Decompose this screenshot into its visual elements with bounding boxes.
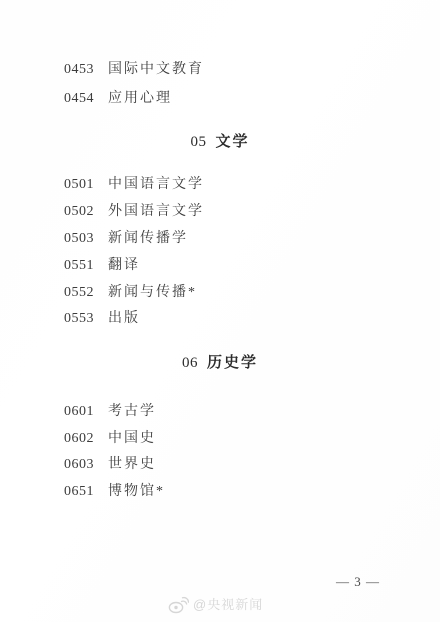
discipline-code: 0553 [64, 311, 108, 326]
document-page: 0453国际中文教育 0454应用心理 05文学 0501中国语言文学 0502… [0, 0, 440, 622]
section-code: 05 [190, 134, 206, 150]
discipline-code: 0551 [64, 258, 108, 273]
discipline-code: 0602 [64, 431, 108, 446]
list-item: 0553出版 [64, 311, 140, 326]
section-name: 历史学 [207, 354, 258, 371]
weibo-icon [168, 596, 189, 614]
list-item: 0552新闻与传播* [64, 285, 197, 300]
watermark-text: @央视新闻 [193, 595, 263, 615]
discipline-name: 应用心理 [108, 91, 172, 106]
discipline-name: 翻译 [108, 258, 140, 273]
discipline-code: 0501 [64, 177, 108, 192]
discipline-name: 新闻传播学 [108, 231, 188, 246]
list-item: 0551翻译 [64, 258, 140, 273]
list-item: 0454应用心理 [64, 91, 172, 106]
list-item: 0603世界史 [64, 457, 156, 472]
section-code: 06 [182, 355, 198, 371]
discipline-name: 国际中文教育 [108, 62, 204, 77]
list-item: 0601考古学 [64, 404, 156, 419]
discipline-code: 0453 [64, 62, 108, 77]
discipline-name: 外国语言文学 [108, 204, 204, 219]
discipline-code: 0503 [64, 231, 108, 246]
watermark: @央视新闻 [168, 595, 263, 615]
discipline-name: 中国语言文学 [108, 177, 204, 192]
list-item: 0453国际中文教育 [64, 62, 204, 77]
page-number: — 3 — [336, 575, 380, 589]
list-item: 0651博物馆* [64, 484, 165, 499]
discipline-code: 0502 [64, 204, 108, 219]
discipline-name: 博物馆* [108, 484, 165, 499]
list-item: 0502外国语言文学 [64, 204, 204, 219]
list-item: 0503新闻传播学 [64, 231, 188, 246]
section-heading: 06历史学 [0, 355, 440, 371]
discipline-name: 世界史 [108, 457, 156, 472]
list-item: 0501中国语言文学 [64, 177, 204, 192]
discipline-name: 新闻与传播* [108, 285, 197, 300]
discipline-code: 0454 [64, 91, 108, 106]
discipline-code: 0601 [64, 404, 108, 419]
discipline-name: 中国史 [108, 431, 156, 446]
discipline-code: 0603 [64, 457, 108, 472]
section-heading: 05文学 [0, 134, 440, 150]
list-item: 0602中国史 [64, 431, 156, 446]
section-name: 文学 [215, 133, 249, 150]
discipline-code: 0651 [64, 484, 108, 499]
discipline-name: 出版 [108, 311, 140, 326]
discipline-code: 0552 [64, 285, 108, 300]
discipline-name: 考古学 [108, 404, 156, 419]
